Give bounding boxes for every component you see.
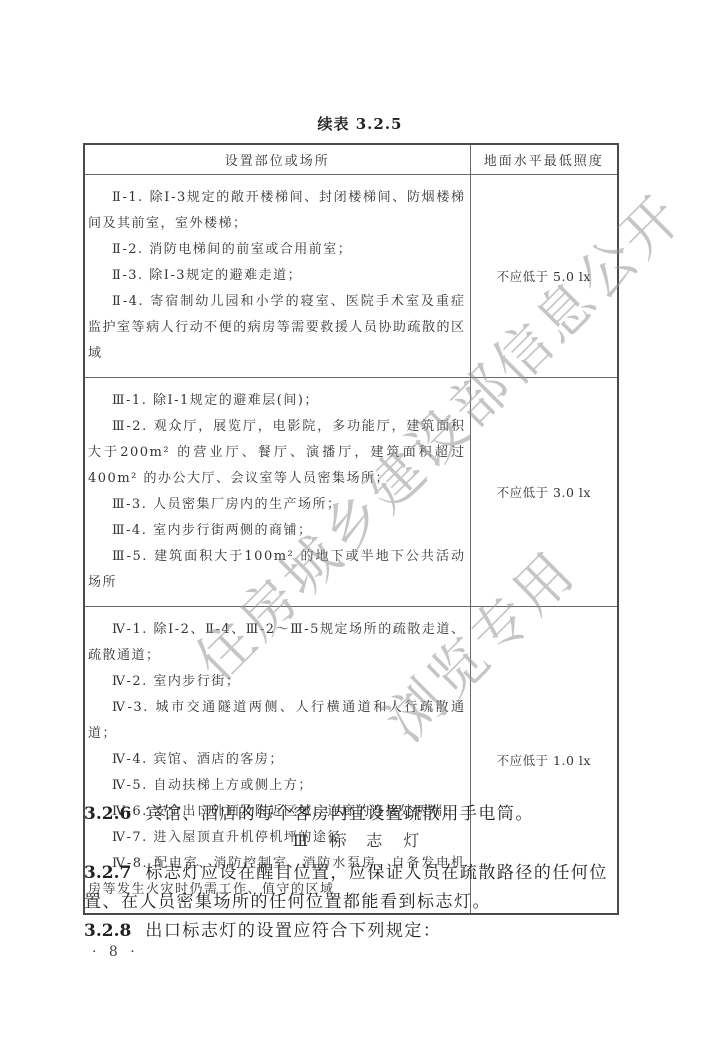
list-item: Ⅳ-4. 宾馆、酒店的客房； xyxy=(88,747,466,773)
clause-number: 3.2.6 xyxy=(84,804,131,824)
illuminance-value: 不应低于 3.0 lx xyxy=(470,378,618,607)
location-cell: Ⅲ-1. 除Ⅰ-1规定的避难层(间)； Ⅲ-2. 观众厅，展览厅，电影院，多功能… xyxy=(84,378,470,607)
header-location: 设置部位或场所 xyxy=(84,144,470,175)
list-item: Ⅱ-2. 消防电梯间的前室或合用前室； xyxy=(88,237,466,263)
list-item: Ⅲ-1. 除Ⅰ-1规定的避难层(间)； xyxy=(88,388,466,414)
clause-text: 出口标志灯的设置应符合下列规定： xyxy=(145,921,441,941)
clause-3-2-8: 3.2.8出口标志灯的设置应符合下列规定： xyxy=(84,916,441,941)
table-row: Ⅱ-1. 除Ⅰ-3规定的敞开楼梯间、封闭楼梯间、防烟楼梯间及其前室，室外楼梯； … xyxy=(84,175,618,378)
list-item: Ⅲ-3. 人员密集厂房内的生产场所； xyxy=(88,492,466,518)
table-header-row: 设置部位或场所 地面水平最低照度 xyxy=(84,144,618,175)
clause-number: 3.2.8 xyxy=(84,921,131,941)
list-item: Ⅱ-3. 除Ⅰ-3规定的避难走道； xyxy=(88,263,466,289)
list-item: Ⅱ-4. 寄宿制幼儿园和小学的寝室、医院手术室及重症监护室等病人行动不便的病房等… xyxy=(88,289,466,367)
clause-3-2-7-continued: 置、在人员密集场所的任何位置都能看到标志灯。 xyxy=(84,887,491,912)
list-item: Ⅱ-1. 除Ⅰ-3规定的敞开楼梯间、封闭楼梯间、防烟楼梯间及其前室，室外楼梯； xyxy=(88,185,466,237)
table-caption: 续表 3.2.5 xyxy=(0,113,720,134)
clause-number: 3.2.7 xyxy=(84,863,131,883)
list-item: Ⅲ-4. 室内步行街两侧的商铺； xyxy=(88,518,466,544)
list-item: Ⅳ-5. 自动扶梯上方或侧上方； xyxy=(88,773,466,799)
list-item: Ⅲ-2. 观众厅，展览厅，电影院，多功能厅，建筑面积大于200m² 的营业厅、餐… xyxy=(88,414,466,492)
clause-text: 宾馆、酒店的每个客房内宜设置疏散用手电筒。 xyxy=(145,804,534,824)
table-row: Ⅲ-1. 除Ⅰ-1规定的避难层(间)； Ⅲ-2. 观众厅，展览厅，电影院，多功能… xyxy=(84,378,618,607)
illuminance-value: 不应低于 5.0 lx xyxy=(470,175,618,378)
location-cell: Ⅱ-1. 除Ⅰ-3规定的敞开楼梯间、封闭楼梯间、防烟楼梯间及其前室，室外楼梯； … xyxy=(84,175,470,378)
list-item: Ⅲ-5. 建筑面积大于100m² 的地下或半地下公共活动场所 xyxy=(88,544,466,596)
list-item: Ⅳ-3. 城市交通隧道两侧、人行横通道和人行疏散通道； xyxy=(88,695,466,747)
section-heading: Ⅲ 标 志 灯 xyxy=(0,828,720,851)
list-item: Ⅳ-1. 除Ⅰ-2、Ⅱ-4、Ⅲ-2～Ⅲ-5规定场所的疏散走道、疏散通道； xyxy=(88,617,466,669)
page-number: · 8 · xyxy=(92,944,139,960)
clause-3-2-7: 3.2.7标志灯应设在醒目位置，应保证人员在疏散路径的任何位 xyxy=(84,858,608,883)
list-item: Ⅳ-2. 室内步行街； xyxy=(88,669,466,695)
clause-text: 标志灯应设在醒目位置，应保证人员在疏散路径的任何位 xyxy=(145,863,608,883)
clause-3-2-6: 3.2.6宾馆、酒店的每个客房内宜设置疏散用手电筒。 xyxy=(84,799,534,824)
header-illuminance: 地面水平最低照度 xyxy=(470,144,618,175)
